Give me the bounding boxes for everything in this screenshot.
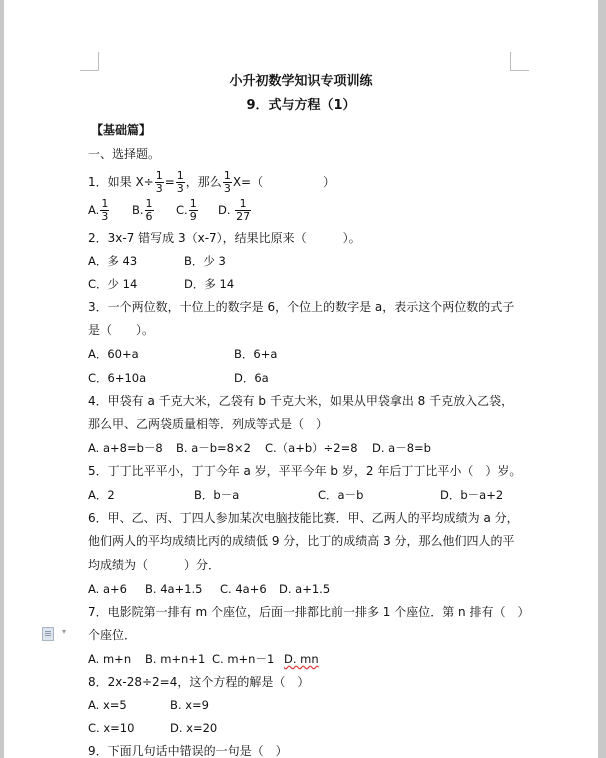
option-8d: D. x=20 bbox=[170, 720, 217, 736]
question-6-line-2: 他们两人的平均成绩比丙的成绩低 9 分，比丁的成绩高 3 分，那么他们四人的平 bbox=[88, 533, 515, 549]
option-2a: A．多 43 bbox=[88, 253, 137, 269]
option-6b: B. 4a+1.5 bbox=[145, 581, 203, 597]
option-5d: D．b－a+2 bbox=[440, 487, 503, 503]
fraction: 13 bbox=[223, 170, 232, 195]
option-8b: B. x=9 bbox=[170, 697, 209, 713]
document-page: 小升初数学知识专项训练 9．式与方程（1） 【基础篇】 一、选择题。 1．如果 … bbox=[4, 0, 598, 758]
option-4c: C.（a+b）÷2=8 bbox=[265, 440, 358, 456]
part-heading: 一、选择题。 bbox=[88, 146, 160, 162]
question-6-line-1: 6．甲、乙、丙、丁四人参加某次电脑技能比赛．甲、乙两人的平均成绩为 a 分， bbox=[88, 510, 519, 526]
margin-corner-top-left bbox=[80, 52, 99, 71]
question-3-line-1: 3．一个两位数，十位上的数字是 6，个位上的数字是 a，表示这个两位数的式子 bbox=[88, 299, 514, 315]
question-7-line-2: 个座位． bbox=[88, 627, 136, 643]
option-1a: A.13 bbox=[88, 196, 110, 224]
question-6-line-3: 均成绩为（ ）分． bbox=[88, 557, 220, 573]
option-8c: C. x=10 bbox=[88, 720, 134, 736]
question-7-line-1: 7．电影院第一排有 m 个座位，后面一排都比前一排多 1 个座位．第 n 排有（… bbox=[88, 604, 529, 620]
option-5b: B．b－a bbox=[194, 487, 239, 503]
option-6d: D. a+1.5 bbox=[279, 581, 330, 597]
section-heading: 【基础篇】 bbox=[91, 122, 151, 138]
option-7a: A. m+n bbox=[88, 651, 131, 667]
option-1c: C.19 bbox=[176, 196, 199, 224]
question-5: 5．丁丁比平平小，丁丁今年 a 岁，平平今年 b 岁，2 年后丁丁比平小（ ）岁… bbox=[88, 463, 521, 479]
fraction: 13 bbox=[176, 170, 185, 195]
option-3c: C．6+10a bbox=[88, 370, 146, 386]
option-4a: A. a+8=b－8 bbox=[88, 440, 163, 456]
option-1b: B.16 bbox=[132, 196, 155, 224]
option-1d: D. 127 bbox=[218, 196, 252, 224]
option-2d: D．多 14 bbox=[184, 276, 234, 292]
option-2c: C．少 14 bbox=[88, 276, 137, 292]
document-icon[interactable] bbox=[42, 627, 54, 641]
option-7c: C. m+n－1 bbox=[212, 651, 274, 667]
question-4-line-2: 那么甲、乙两袋质量相等．列成等式是（ ） bbox=[88, 416, 328, 432]
question-2: 2．3x-7 错写成 3（x-7），结果比原来（ ）。 bbox=[88, 230, 361, 246]
option-5c: C．a－b bbox=[318, 487, 363, 503]
option-3d: D．6a bbox=[234, 370, 269, 386]
document-title: 小升初数学知识专项训练 bbox=[4, 74, 598, 90]
option-4b: B. a－b=8×2 bbox=[176, 440, 251, 456]
option-2b: B．少 3 bbox=[184, 253, 226, 269]
option-8a: A. x=5 bbox=[88, 697, 127, 713]
document-subtitle: 9．式与方程（1） bbox=[4, 98, 598, 114]
question-4-line-1: 4．甲袋有 a 千克大米，乙袋有 b 千克大米，如果从甲袋拿出 8 千克放入乙袋… bbox=[88, 393, 513, 409]
margin-corner-top-right bbox=[510, 52, 529, 71]
question-1: 1．如果 X÷13=13，那么13X=（ ） bbox=[88, 168, 335, 196]
fraction: 13 bbox=[155, 170, 164, 195]
question-9: 9．下面几句话中错误的一句是（ ） bbox=[88, 743, 288, 758]
option-3a: A．60+a bbox=[88, 346, 139, 362]
option-4d: D. a－8=b bbox=[372, 440, 431, 456]
option-6a: A. a+6 bbox=[88, 581, 127, 597]
option-6c: C. 4a+6 bbox=[220, 581, 267, 597]
option-7d: D. mn bbox=[284, 651, 319, 667]
question-3-line-2: 是（ ）。 bbox=[88, 322, 154, 338]
chevron-down-icon[interactable]: ▾ bbox=[62, 627, 66, 636]
option-7b: B. m+n+1 bbox=[145, 651, 205, 667]
option-5a: A．2 bbox=[88, 487, 115, 503]
option-3b: B．6+a bbox=[234, 346, 277, 362]
question-8: 8．2x-28÷2=4，这个方程的解是（ ） bbox=[88, 674, 309, 690]
